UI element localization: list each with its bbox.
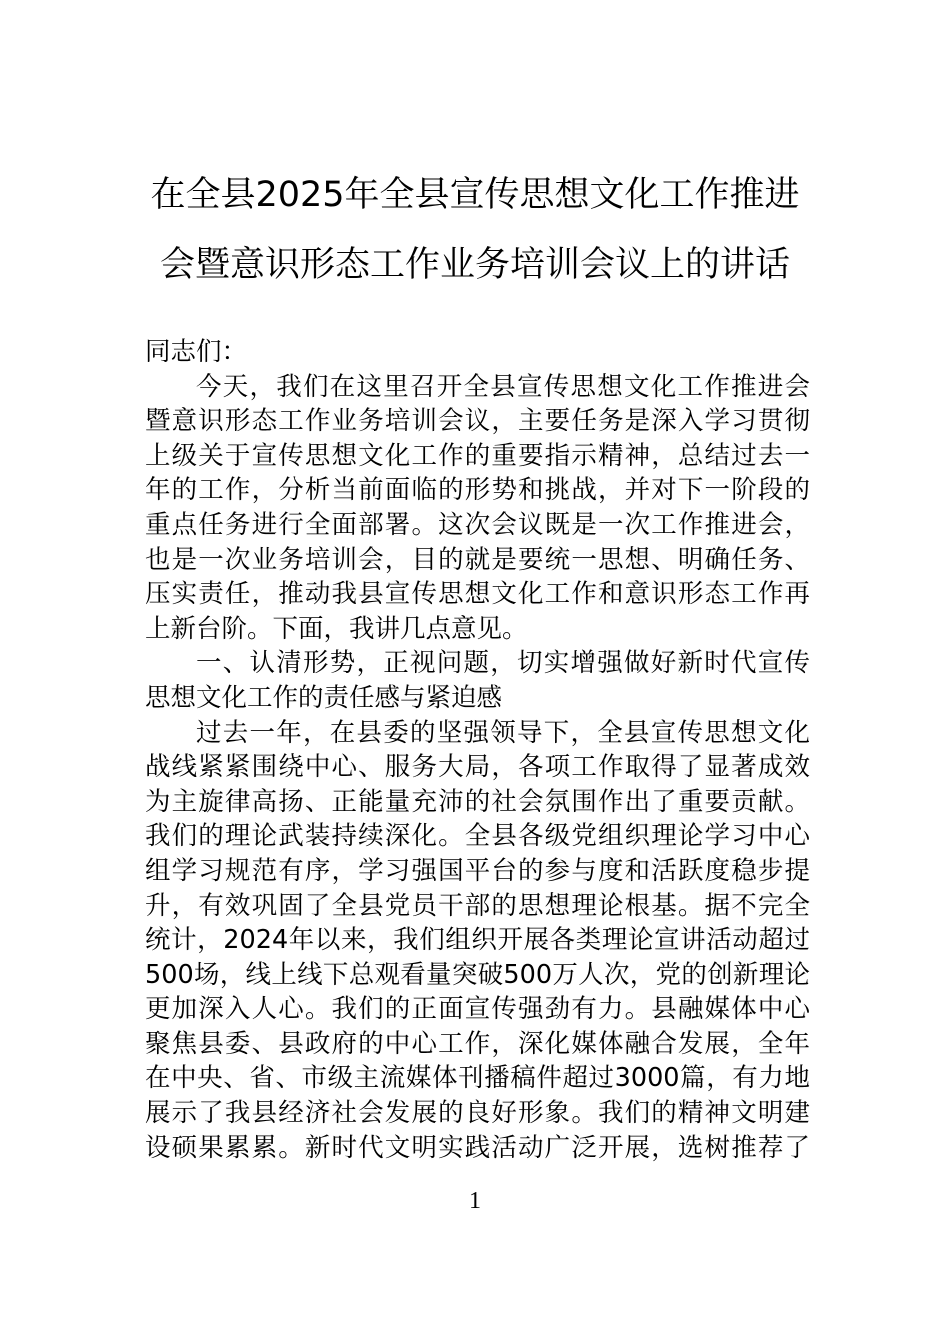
body-text-line: 升，有效巩固了全县党员干部的思想理论根基。据不完全 bbox=[145, 889, 810, 924]
paragraph-first-line: 今天，我们在这里召开全县宣传思想文化工作推进会 bbox=[145, 370, 810, 405]
body-text-line: 重点任务进行全面部署。这次会议既是一次工作推进会， bbox=[145, 508, 810, 543]
body-text-line: 上新台阶。下面，我讲几点意见。 bbox=[145, 612, 810, 647]
document-page: 在全县2025年全县宣传思想文化工作推进 会暨意识形态工作业务培训会议上的讲话 … bbox=[0, 0, 950, 1344]
paragraph-first-line: 过去一年，在县委的坚强领导下，全县宣传思想文化 bbox=[145, 716, 810, 751]
page-number: 1 bbox=[0, 1188, 950, 1215]
paragraph-first-line: 一、认清形势，正视问题，切实增强做好新时代宣传 bbox=[145, 646, 810, 681]
body-text-line: 设硕果累累。新时代文明实践活动广泛开展，选树推荐了 bbox=[145, 1131, 810, 1166]
body-text-line: 更加深入人心。我们的正面宣传强劲有力。县融媒体中心 bbox=[145, 992, 810, 1027]
body-text-line: 年的工作，分析当前面临的形势和挑战，并对下一阶段的 bbox=[145, 473, 810, 508]
body-text-line: 组学习规范有序，学习强国平台的参与度和活跃度稳步提 bbox=[145, 854, 810, 889]
salutation: 同志们： bbox=[145, 335, 810, 370]
body-text-line: 我们的理论武装持续深化。全县各级党组织理论学习中心 bbox=[145, 819, 810, 854]
document-title-line-1: 在全县2025年全县宣传思想文化工作推进 bbox=[140, 175, 810, 215]
body-text-line: 统计，2024年以来，我们组织开展各类理论宣讲活动超过 bbox=[145, 923, 810, 958]
body-text-line: 压实责任，推动我县宣传思想文化工作和意识形态工作再 bbox=[145, 577, 810, 612]
body-text-line: 为主旋律高扬、正能量充沛的社会氛围作出了重要贡献。 bbox=[145, 785, 810, 820]
body-text-line: 也是一次业务培训会，目的就是要统一思想、明确任务、 bbox=[145, 543, 810, 578]
body-text-line: 500场，线上线下总观看量突破500万人次，党的创新理论 bbox=[145, 958, 810, 993]
document-body: 同志们： 今天，我们在这里召开全县宣传思想文化工作推进会暨意识形态工作业务培训会… bbox=[145, 335, 810, 1165]
body-text-line: 战线紧紧围绕中心、服务大局，各项工作取得了显著成效 bbox=[145, 750, 810, 785]
body-text-line: 聚焦县委、县政府的中心工作，深化媒体融合发展，全年 bbox=[145, 1027, 810, 1062]
body-text-line: 在中央、省、市级主流媒体刊播稿件超过3000篇，有力地 bbox=[145, 1061, 810, 1096]
body-text-line: 展示了我县经济社会发展的良好形象。我们的精神文明建 bbox=[145, 1096, 810, 1131]
body-text-line: 思想文化工作的责任感与紧迫感 bbox=[145, 681, 810, 716]
body-text-line: 上级关于宣传思想文化工作的重要指示精神，总结过去一 bbox=[145, 439, 810, 474]
document-title-line-2: 会暨意识形态工作业务培训会议上的讲话 bbox=[140, 245, 810, 285]
body-text-line: 暨意识形态工作业务培训会议，主要任务是深入学习贯彻 bbox=[145, 404, 810, 439]
body-paragraphs: 今天，我们在这里召开全县宣传思想文化工作推进会暨意识形态工作业务培训会议，主要任… bbox=[145, 370, 810, 1166]
